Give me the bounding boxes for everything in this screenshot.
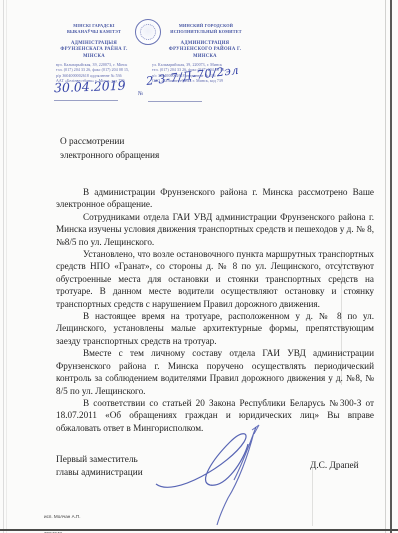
letterhead-org-russian: МИНСКИЙ ГОРОДСКОЙ ИСПОЛНИТЕЛЬНЫЙ КОМИТЕТ [164, 23, 248, 34]
paragraph-1: В администрации Фрунзенского района г. М… [56, 186, 374, 211]
letterhead-admin-russian: АДМИНИСТРАЦИЯ ФРУНЗЕНСКОГО РАЙОНА Г. МИН… [160, 41, 250, 60]
scan-edge-left-line [3, 0, 4, 533]
paragraph-2: Сотрудниками отдела ГАИ УВД администраци… [56, 211, 374, 248]
scan-edge-right-faint-line [385, 0, 386, 533]
scanned-letter-page: МІНСКІ ГАРАДСКІ ВЫКАНАЎЧЫ КАМІТЭТ МИНСКИ… [0, 0, 398, 533]
letterhead-org-belarusian: МІНСКІ ГАРАДСКІ ВЫКАНАЎЧЫ КАМІТЭТ [58, 23, 130, 34]
scan-edge-left-line-2 [6, 0, 7, 533]
emblem-inner-detail [140, 24, 156, 40]
paragraph-5: Вместе с тем личному составу отдела ГАИ … [56, 347, 374, 397]
letterhead-stamp: МІНСКІ ГАРАДСКІ ВЫКАНАЎЧЫ КАМІТЭТ МИНСКИ… [54, 16, 250, 110]
paragraph-3: Установлено, что возле остановочного пун… [56, 248, 374, 310]
letterhead-admin-belarusian: АДМІНІСТРАЦЫЯ ФРУНЗЕНСКАГА РАЁНА Г. МІНС… [54, 41, 134, 60]
paragraph-4: В настоящее время на тротуаре, расположе… [56, 310, 374, 347]
handwritten-date: 30.04.2019 [54, 78, 124, 95]
letter-body: В администрации Фрунзенского района г. М… [56, 186, 374, 434]
handwritten-signature-ink [148, 422, 298, 526]
executor-name: исп. Молчан А.П. [44, 514, 81, 519]
number-underline [148, 101, 202, 102]
minsk-coat-of-arms-icon [135, 19, 161, 45]
signer-name: Д.С. Драпей [310, 461, 390, 471]
scan-edge-right-dark-line [390, 0, 392, 533]
paper-fold-mark-2 [312, 468, 313, 526]
letter-subject: О рассмотрении электронного обращения [60, 135, 240, 163]
document-number-sign: № [138, 91, 143, 97]
executor-info: исп. Молчан А.П. 3994048 [44, 508, 81, 533]
date-underline [54, 100, 118, 101]
